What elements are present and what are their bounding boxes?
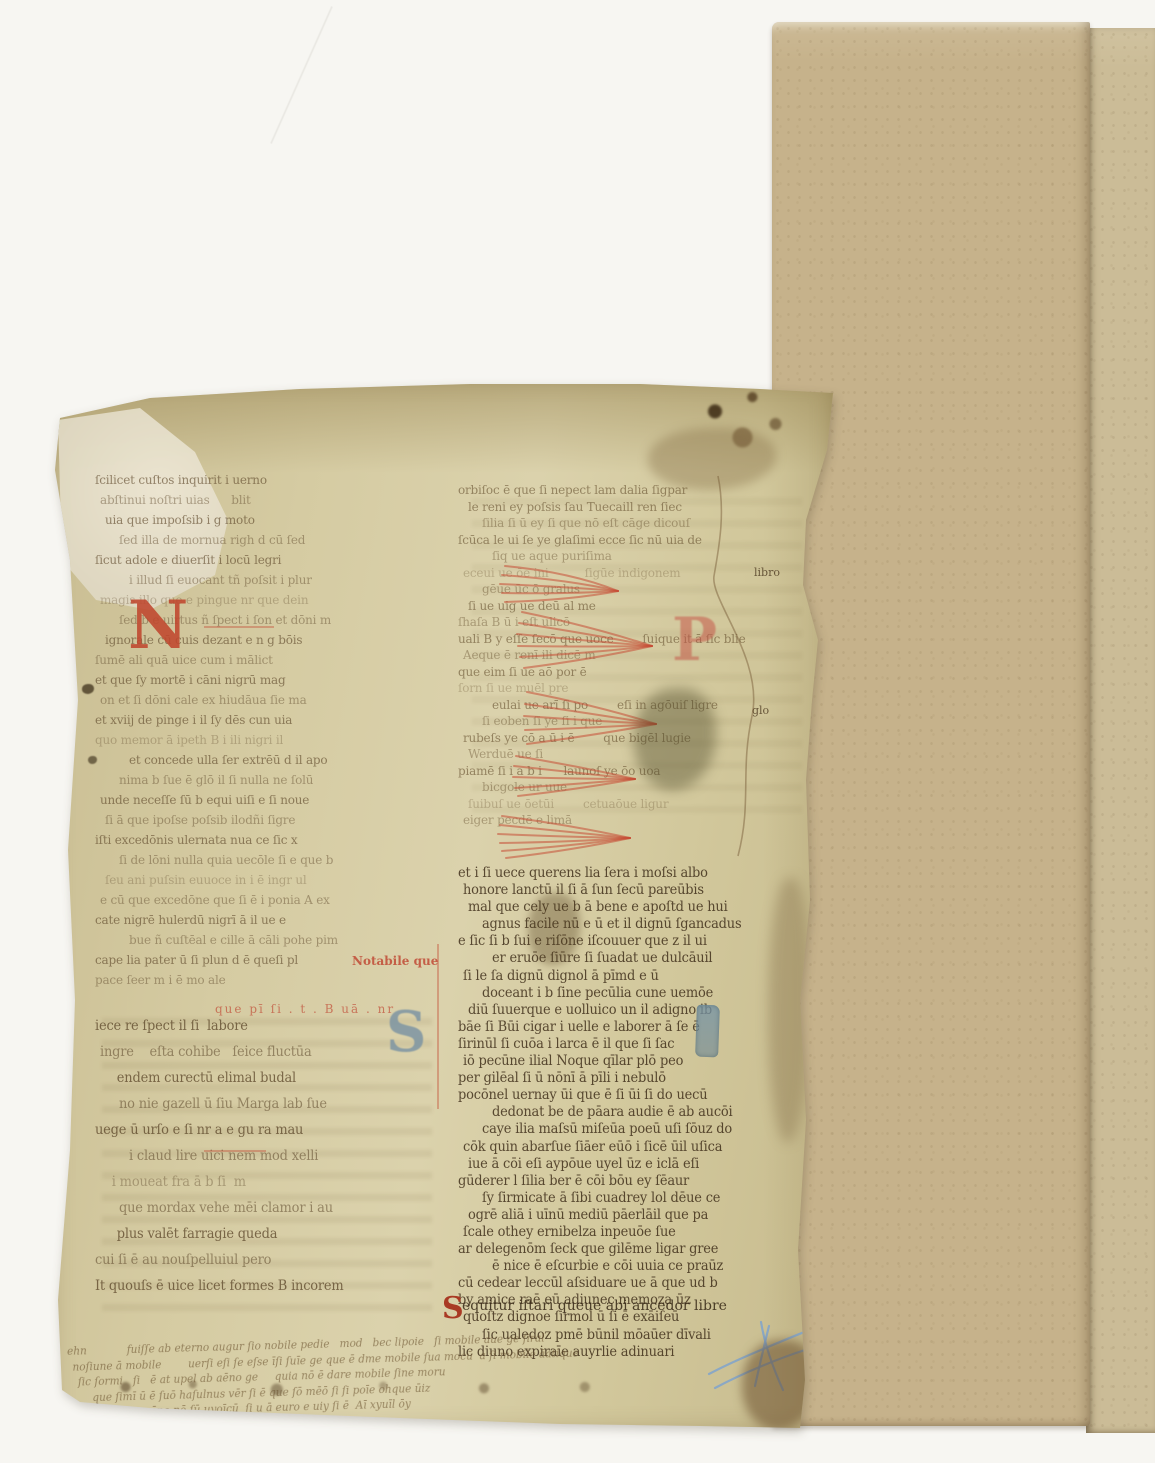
manuscript-text-line: ē nice ē eſcurbie e cōi uuia ce praūz bbox=[458, 1258, 838, 1276]
manuscript-text-line: et concede ulla ſer extrēū d il apo bbox=[95, 750, 455, 771]
manuscript-text-line: quo memor ā ipeth B i ili nigri il bbox=[95, 730, 455, 751]
manuscript-text-line: ſy ſirmicate ā ſibi cuadrey lol dēue ce bbox=[458, 1189, 838, 1207]
manuscript-text-line: que mordax vehe mēi clamor i au bbox=[95, 1195, 465, 1222]
manuscript-text-line: et xviij de pinge i il ſy dēs cun uia bbox=[95, 710, 455, 731]
blue-paraph-mark bbox=[695, 1005, 720, 1058]
manuscript-text-line: plus valēt farragie queda bbox=[95, 1221, 465, 1248]
manuscript-text-line: ſed illa de mornua righ d cū ſed bbox=[95, 530, 455, 551]
manuscript-text-line: endem curectū elimal budal bbox=[95, 1065, 465, 1092]
manuscript-text-line: no nie gazell ū ſiu Marga lab ſue bbox=[95, 1091, 465, 1118]
red-underline bbox=[204, 1150, 266, 1152]
small-spot bbox=[82, 684, 94, 694]
red-vertical-stroke bbox=[437, 944, 439, 1109]
manuscript-text-line: abſtinui noſtri uias blit bbox=[95, 490, 455, 511]
manuscript-text-line: et que ſy mortē i cāni nigrū mag bbox=[95, 670, 455, 691]
red-initial-N: N bbox=[128, 592, 188, 658]
rubric-notabile: Notabile que bbox=[352, 954, 438, 968]
brown-bracket-curve bbox=[714, 476, 754, 856]
paper-crease bbox=[270, 6, 334, 144]
manuscript-text-line: ogrē aliā i uīnū mediū pāerlāil que pa bbox=[458, 1207, 838, 1225]
red-initial-S: S bbox=[442, 1294, 464, 1324]
manuscript-text-line: on et ſi dōni cale ex hiudāua ſie ma bbox=[95, 690, 455, 711]
manuscript-text-line: It quouſs ē uice licet formes B incorem bbox=[95, 1273, 465, 1300]
manuscript-text-line: cōk quin abarſue ſiāer eūō i ſicē ūil uſ… bbox=[458, 1138, 838, 1156]
red-underline bbox=[204, 626, 274, 628]
manuscript-text-line: i claud lire uici nem mod xelli bbox=[95, 1143, 465, 1170]
rubric-red-line: que pī ſi . t . B uā . nr bbox=[215, 1002, 395, 1016]
manuscript-text-line: iſti excedōnis ulernata nua ce ſic x bbox=[95, 830, 455, 851]
manuscript-text-line: ſi ā que ipoſse poſsib ilodñi ſigre bbox=[95, 810, 455, 831]
manuscript-text-line: i moueat fra ā b ſi m bbox=[95, 1169, 465, 1196]
manuscript-text-line: iue ā cōi eſi aypōue uyel ūz e iclā eſi bbox=[458, 1155, 838, 1173]
manuscript-text-line: pace ſeer m i ē mo ale bbox=[95, 970, 455, 991]
manuscript-text-line: cui ſi ē au nouſpelluiul pero bbox=[95, 1247, 465, 1274]
manuscript-photograph: ſcilicet cuſtos inquirit i uernoabſtinui… bbox=[0, 0, 1155, 1463]
manuscript-text-line: nima b ſue ē glō il ſi nulla ne ſolū bbox=[95, 770, 455, 791]
manuscript-text-line: gūderer l ſilia ber ē cōi bōu ey ſēaur bbox=[458, 1172, 838, 1190]
parchment-leaf: ſcilicet cuſtos inquirit i uernoabſtinui… bbox=[52, 378, 833, 1430]
left-column-upper: ſcilicet cuſtos inquirit i uernoabſtinui… bbox=[95, 470, 455, 990]
manuscript-text-line: ſi de lōni nulla quia uecōle ſi e que b bbox=[95, 850, 455, 871]
sequitur-line: equitur iſtari queue abi ancedor libre bbox=[462, 1298, 727, 1314]
red-fan-braces bbox=[430, 460, 790, 880]
manuscript-text-line: bue ñ cuſtēal e cille ā cāli pohe pim bbox=[95, 930, 455, 951]
manuscript-text-line: ſeu ani puſsin euuoce in i ē ingr ul bbox=[95, 870, 455, 891]
manuscript-text-line: e cū que excedōne que ſi ē i ponia A ex bbox=[95, 890, 455, 911]
manuscript-text-line: ſcilicet cuſtos inquirit i uerno bbox=[95, 470, 455, 491]
manuscript-text-line: ſicut adole e diuerſit i locū legri bbox=[95, 550, 455, 571]
manuscript-text-line: unde neceſſe ſū b equi uiſi e ſi noue bbox=[95, 790, 455, 811]
manuscript-text-line: ſcale othey ernibelza inpeuōe ſue bbox=[458, 1224, 838, 1242]
manuscript-text-line: cū cedear leccūl aſsiduare ue ā que ud b bbox=[458, 1275, 838, 1293]
bottom-marginal-annotations: ehn fuiſſe ab eterno augur ſio nobile pe… bbox=[67, 1323, 829, 1437]
parchment-surface: ſcilicet cuſtos inquirit i uernoabſtinui… bbox=[52, 378, 833, 1430]
manuscript-text-line: uia que impoſsib i g moto bbox=[95, 510, 455, 531]
manuscript-text-line: uege ū urſo e ſi nr a e gu ra mau bbox=[95, 1117, 465, 1144]
manuscript-text-line: cate nigrē hulerdū nigrī ā il ue e bbox=[95, 910, 455, 931]
manuscript-text-line: ar delegenōm ſeck que gilēme ligar gree bbox=[458, 1241, 838, 1259]
folder-back-leaf bbox=[1086, 28, 1155, 1433]
